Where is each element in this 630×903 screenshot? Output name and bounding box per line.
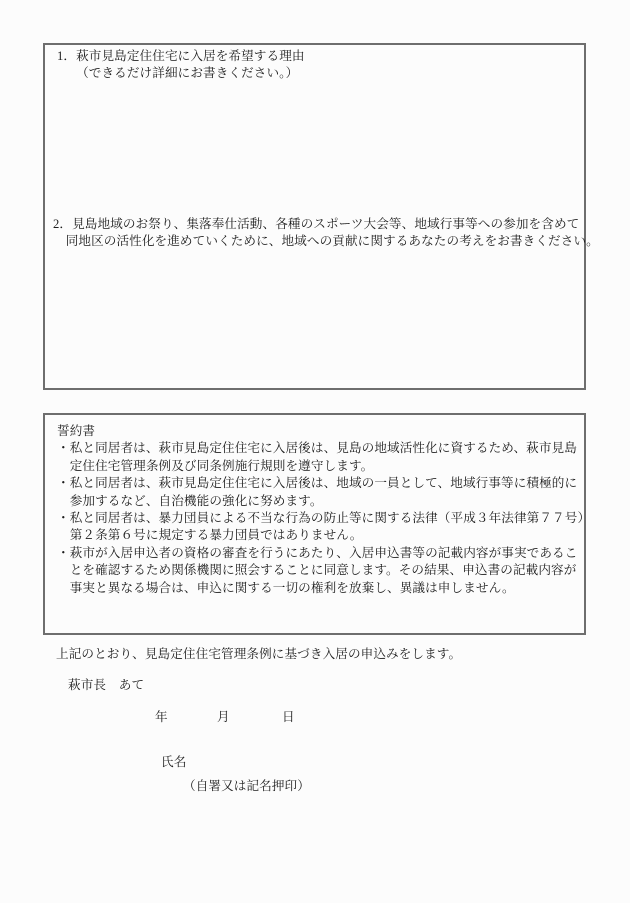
questions-box: 1．萩市見島定住住宅に入居を希望する理由 （できるだけ詳細にお書きください。） … — [43, 43, 586, 390]
pledge-line: とを確認するため関係機関に照会することに同意します。その結果、申込書の記載内容が — [57, 562, 590, 579]
pledge-line: ・私と同居者は、暴力団員による不当な行為の防止等に関する法律（平成３年法律第７７… — [57, 510, 590, 527]
pledge-line: ・私と同居者は、萩市見島定住住宅に入居後は、見島の地域活性化に資するため、萩市見… — [57, 440, 590, 457]
pledge-line: 定住住宅管理条例及び同条例施行規則を遵守します。 — [57, 458, 590, 475]
section2-heading-line2: 同地区の活性化を進めていくために、地域への貢献に関するあなたの考えをお書きくださ… — [53, 233, 599, 250]
addressee-line: 萩市長 あて — [68, 677, 144, 694]
pledge-title: 誓約書 — [57, 423, 590, 440]
pledge-box: 誓約書 ・私と同居者は、萩市見島定住住宅に入居後は、見島の地域活性化に資するため… — [43, 413, 586, 635]
date-day-label: 日 — [282, 709, 295, 726]
pledge-line: 第２条第６号に規定する暴力団員ではありません。 — [57, 527, 590, 544]
name-label: 氏名 — [161, 754, 186, 771]
pledge-line: ・萩市が入居申込者の資格の審査を行うにあたり、入居申込書等の記載内容が事実である… — [57, 545, 590, 562]
section-reason: 1．萩市見島定住住宅に入居を希望する理由 （できるだけ詳細にお書きください。） — [57, 48, 305, 82]
section1-heading: 1．萩市見島定住住宅に入居を希望する理由 — [57, 48, 305, 65]
section1-answer-space — [53, 87, 576, 212]
date-year-label: 年 — [155, 709, 168, 726]
name-note: （自署又は記名押印） — [183, 778, 310, 795]
pledge-content: 誓約書 ・私と同居者は、萩市見島定住住宅に入居後は、見島の地域活性化に資するため… — [57, 423, 590, 597]
date-month-label: 月 — [217, 709, 230, 726]
pledge-line: 事実と異なる場合は、申込に関する一切の権利を放棄し、異議は申しません。 — [57, 580, 590, 597]
section2-heading-line1: 2．見島地域のお祭り、集落奉仕活動、各種のスポーツ大会等、地域行事等への参加を含… — [53, 216, 599, 233]
application-form-page: 1．萩市見島定住住宅に入居を希望する理由 （できるだけ詳細にお書きください。） … — [0, 0, 630, 903]
section1-note: （できるだけ詳細にお書きください。） — [57, 65, 305, 82]
section2-answer-space — [53, 255, 576, 385]
pledge-line: 参加するなど、自治機能の強化に努めます。 — [57, 493, 590, 510]
section-contribution: 2．見島地域のお祭り、集落奉仕活動、各種のスポーツ大会等、地域行事等への参加を含… — [53, 216, 599, 250]
pledge-line: ・私と同居者は、萩市見島定住住宅に入居後は、地域の一員として、地域行事等に積極的… — [57, 475, 590, 492]
footer-declaration: 上記のとおり、見島定住住宅管理条例に基づき入居の申込みをします。 — [56, 646, 461, 663]
